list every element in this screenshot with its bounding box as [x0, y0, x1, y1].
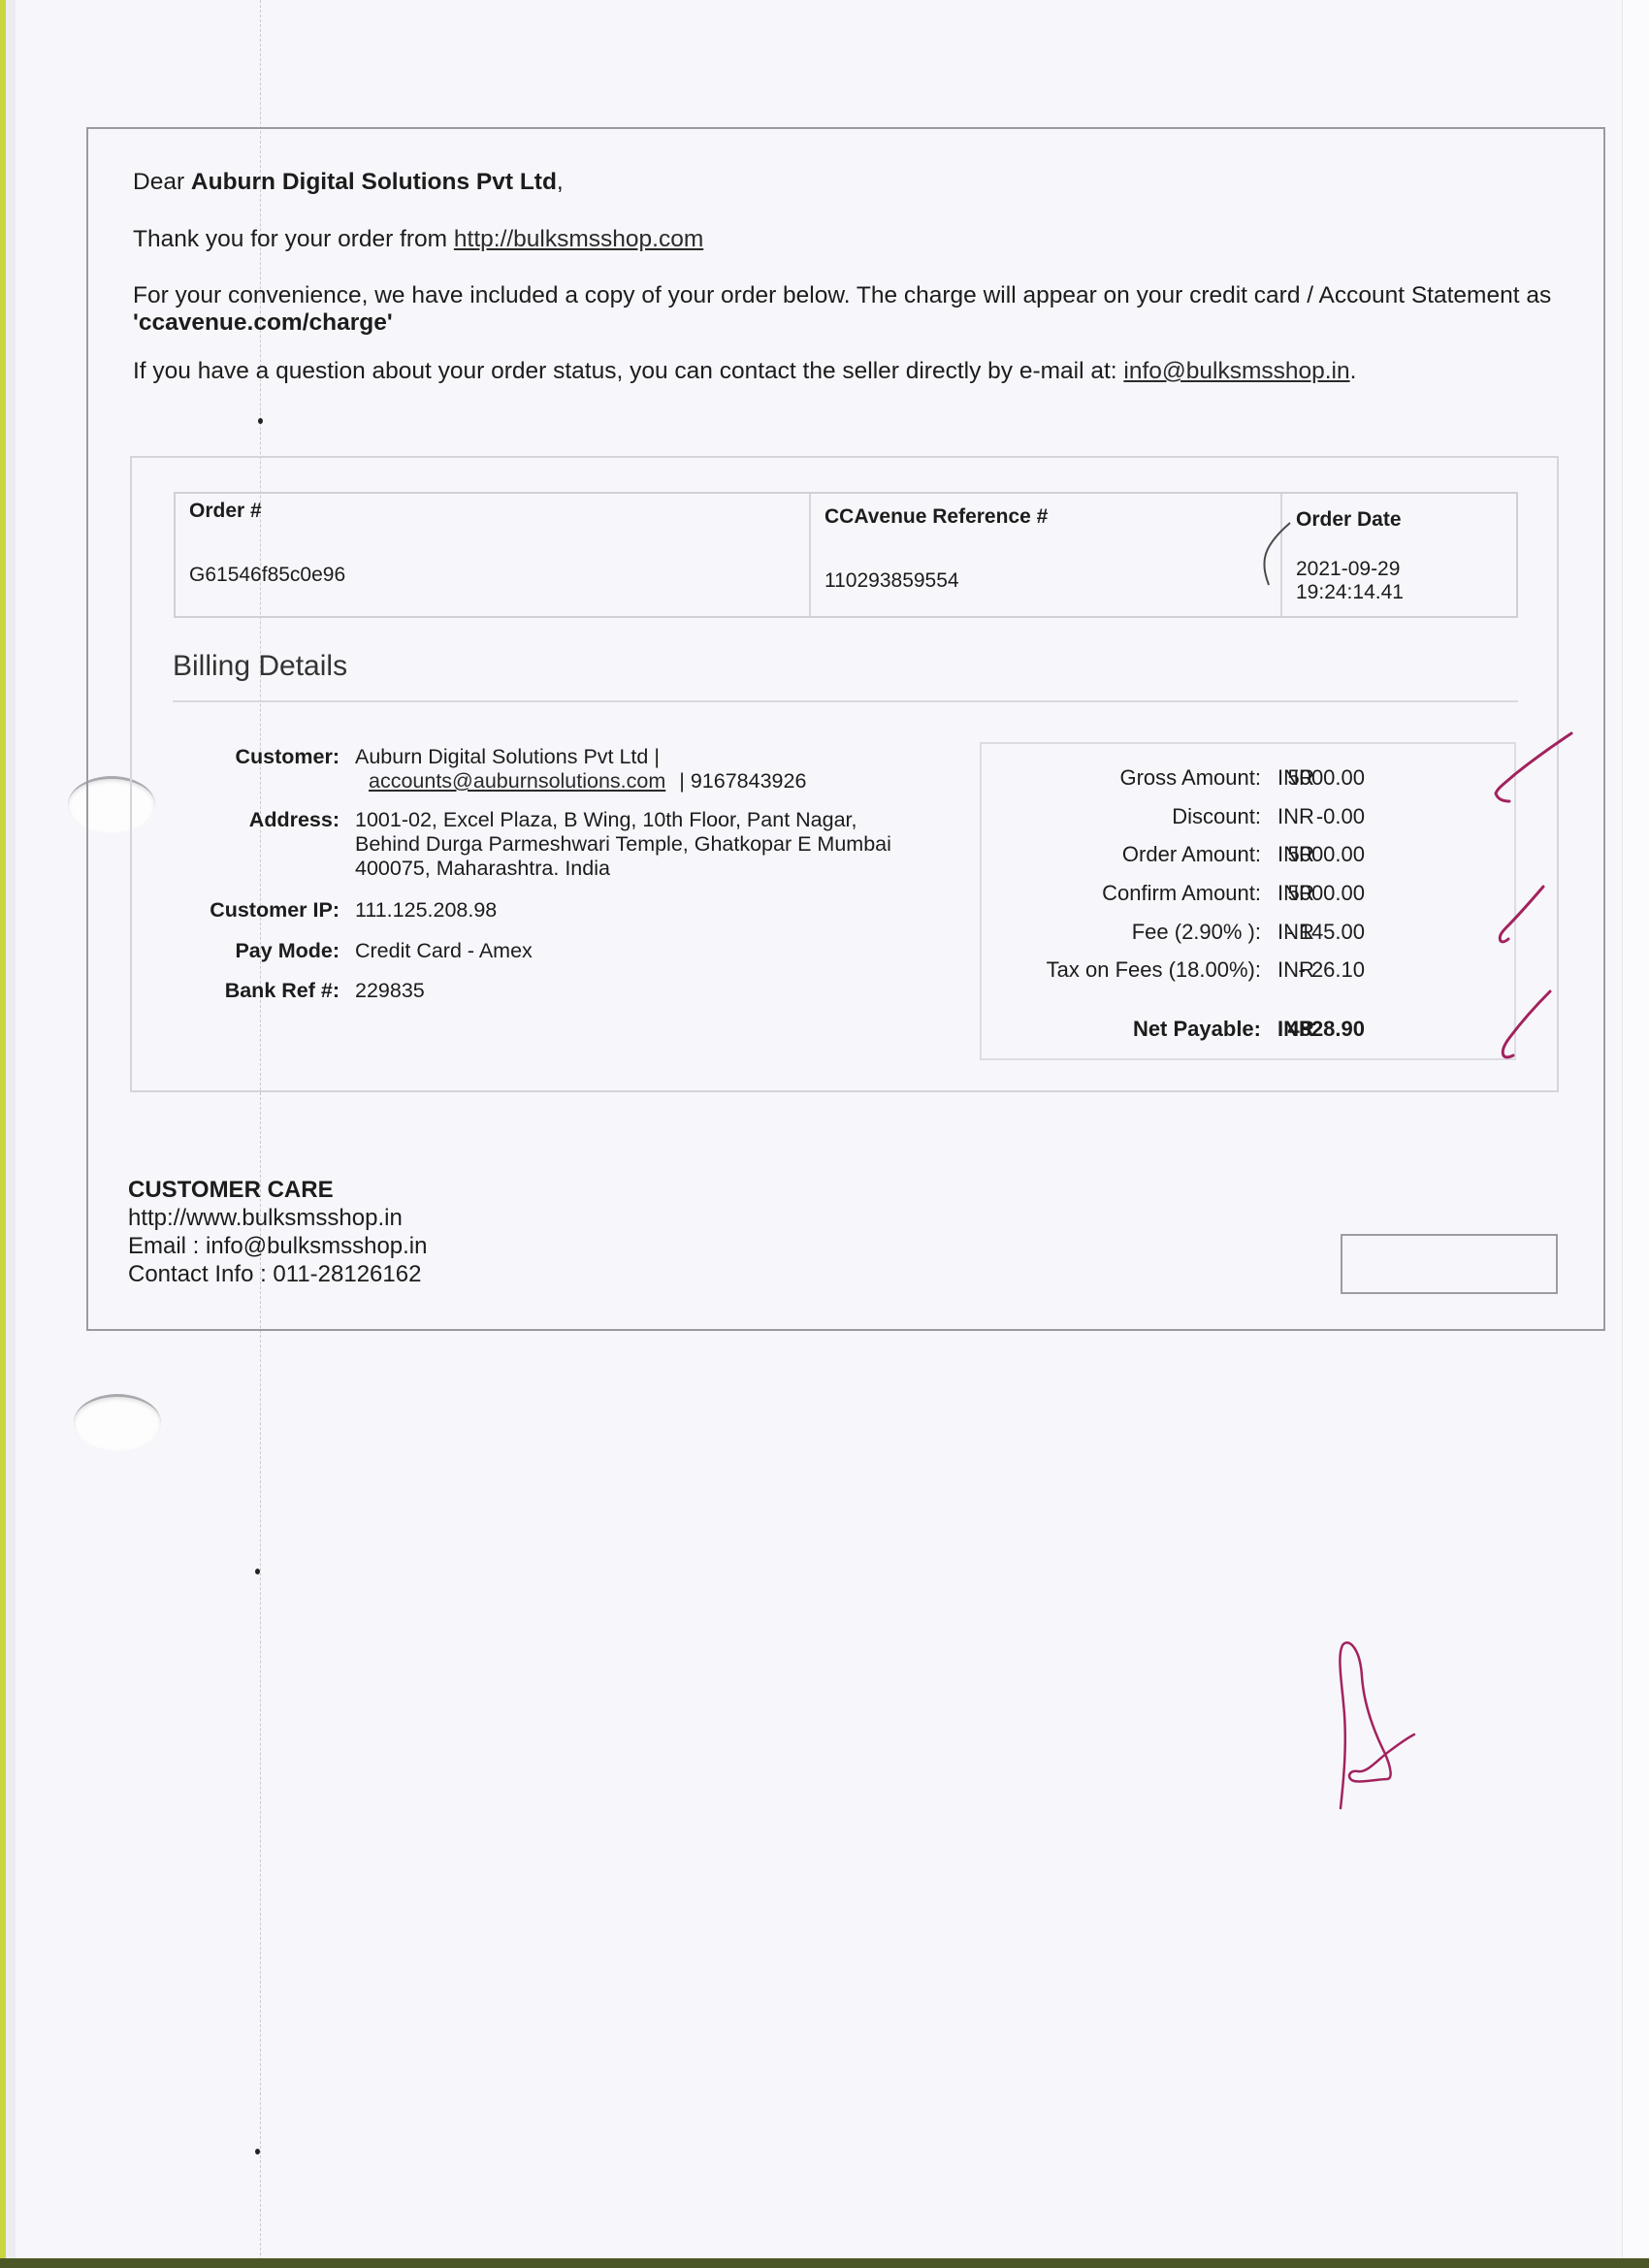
net-payable-value: 4828.90 — [1287, 1017, 1365, 1042]
greeting-suffix: , — [557, 169, 564, 195]
pay-mode-value: Credit Card - Amex — [355, 939, 533, 963]
staple-dot — [255, 1569, 260, 1574]
customer-email-link[interactable]: accounts@auburnsolutions.com — [369, 769, 665, 793]
amount-label: Tax on Fees (18.00%): — [1047, 957, 1261, 983]
convenience-paragraph: For your convenience, we have included a… — [133, 282, 1568, 337]
customer-care-contact: Contact Info : 011-28126162 — [128, 1260, 427, 1288]
scan-margin — [6, 0, 16, 2268]
amount-label: Discount: — [1172, 804, 1261, 829]
amount-value: 5000.00 — [1287, 881, 1365, 906]
order-number-value: G61546f85c0e96 — [189, 564, 345, 587]
customer-care-website[interactable]: http://www.bulksmsshop.in — [128, 1204, 427, 1232]
bank-ref-label: Bank Ref #: — [225, 979, 339, 1003]
customer-value: Auburn Digital Solutions Pvt Ltd | accou… — [355, 745, 806, 794]
address-line: 400075, Maharashtra. India — [355, 857, 891, 881]
amount-row-net-payable: Net Payable: INR 4828.90 — [982, 1017, 1518, 1042]
ccavenue-reference-header: CCAvenue Reference # — [824, 505, 1048, 529]
order-number-cell: Order # G61546f85c0e96 — [176, 494, 809, 616]
staple-dot — [255, 2149, 260, 2155]
greeting-prefix: Dear — [133, 169, 191, 195]
signature-icon — [1329, 1637, 1426, 1822]
convenience-text: For your convenience, we have included a… — [133, 282, 1551, 308]
order-number-header: Order # — [189, 500, 262, 523]
amount-row-discount: Discount: INR -0.00 — [982, 804, 1518, 829]
amount-value: -0.00 — [1316, 804, 1365, 829]
amount-row-order: Order Amount: INR 5000.00 — [982, 842, 1518, 867]
address-label: Address: — [249, 808, 339, 832]
thanks-text: Thank you for your order from — [133, 226, 454, 252]
amount-row-fee: Fee (2.90% ): INR - 145.00 — [982, 920, 1518, 945]
customer-phone: | 9167843926 — [679, 769, 806, 793]
customer-care-block: CUSTOMER CARE http://www.bulksmsshop.in … — [128, 1176, 427, 1288]
amount-label: Gross Amount: — [1119, 765, 1261, 791]
order-summary-table: Order # G61546f85c0e96 CCAvenue Referenc… — [174, 492, 1518, 618]
page-right-edge — [1622, 0, 1649, 2258]
address-line: Behind Durga Parmeshwari Temple, Ghatkop… — [355, 832, 891, 857]
question-suffix: . — [1350, 358, 1357, 384]
customer-care-title: CUSTOMER CARE — [128, 1176, 427, 1204]
customer-care-email: Email : info@bulksmsshop.in — [128, 1232, 427, 1260]
amount-value: 5000.00 — [1287, 842, 1365, 867]
empty-stamp-box — [1341, 1234, 1558, 1294]
address-value: 1001-02, Excel Plaza, B Wing, 10th Floor… — [355, 808, 891, 881]
order-date-cell: Order Date 2021-09-29 19:24:14.41 — [1280, 494, 1518, 616]
seller-email-link[interactable]: info@bulksmsshop.in — [1123, 358, 1349, 384]
ccavenue-reference-cell: CCAvenue Reference # 110293859554 — [809, 494, 1280, 616]
order-date-header: Order Date — [1296, 508, 1402, 532]
customer-ip-value: 111.125.208.98 — [355, 898, 497, 923]
thanks-line: Thank you for your order from http://bul… — [133, 226, 703, 253]
bank-ref-value: 229835 — [355, 979, 425, 1003]
amount-row-confirm: Confirm Amount: INR 5000.00 — [982, 881, 1518, 906]
greeting: Dear Auburn Digital Solutions Pvt Ltd, — [133, 169, 564, 196]
punch-hole — [74, 1394, 161, 1451]
billing-details-title: Billing Details — [173, 650, 347, 683]
customer-ip-label: Customer IP: — [210, 898, 339, 923]
net-payable-label: Net Payable: — [1133, 1017, 1261, 1042]
customer-label: Customer: — [235, 745, 339, 769]
amount-value: - 145.00 — [1286, 920, 1365, 945]
pay-mode-label: Pay Mode: — [235, 939, 339, 963]
order-date-value: 2021-09-29 19:24:14.41 — [1296, 558, 1404, 604]
customer-name: Auburn Digital Solutions Pvt Ltd | — [355, 745, 806, 769]
greeting-customer-name: Auburn Digital Solutions Pvt Ltd — [191, 169, 557, 195]
amount-value: - 26.10 — [1299, 957, 1366, 983]
address-line: 1001-02, Excel Plaza, B Wing, 10th Floor… — [355, 808, 891, 832]
ccavenue-reference-value: 110293859554 — [824, 569, 959, 593]
amount-row-tax: Tax on Fees (18.00%): INR - 26.10 — [982, 957, 1518, 983]
amount-label: Confirm Amount: — [1102, 881, 1261, 906]
amount-label: Fee (2.90% ): — [1132, 920, 1261, 945]
order-time: 19:24:14.41 — [1296, 581, 1404, 604]
question-text: If you have a question about your order … — [133, 358, 1123, 384]
shop-url-link[interactable]: http://bulksmsshop.com — [454, 226, 703, 252]
order-date: 2021-09-29 — [1296, 558, 1404, 581]
amount-value: 5000.00 — [1287, 765, 1365, 791]
billing-divider — [173, 700, 1518, 702]
amount-row-gross: Gross Amount: INR 5000.00 — [982, 765, 1518, 791]
amount-currency: INR — [1277, 804, 1314, 829]
scan-edge-bottom — [0, 2258, 1649, 2268]
question-line: If you have a question about your order … — [133, 358, 1356, 385]
amount-label: Order Amount: — [1122, 842, 1261, 867]
charge-descriptor: 'ccavenue.com/charge' — [133, 309, 393, 336]
amounts-box: Gross Amount: INR 5000.00 Discount: INR … — [980, 742, 1516, 1060]
